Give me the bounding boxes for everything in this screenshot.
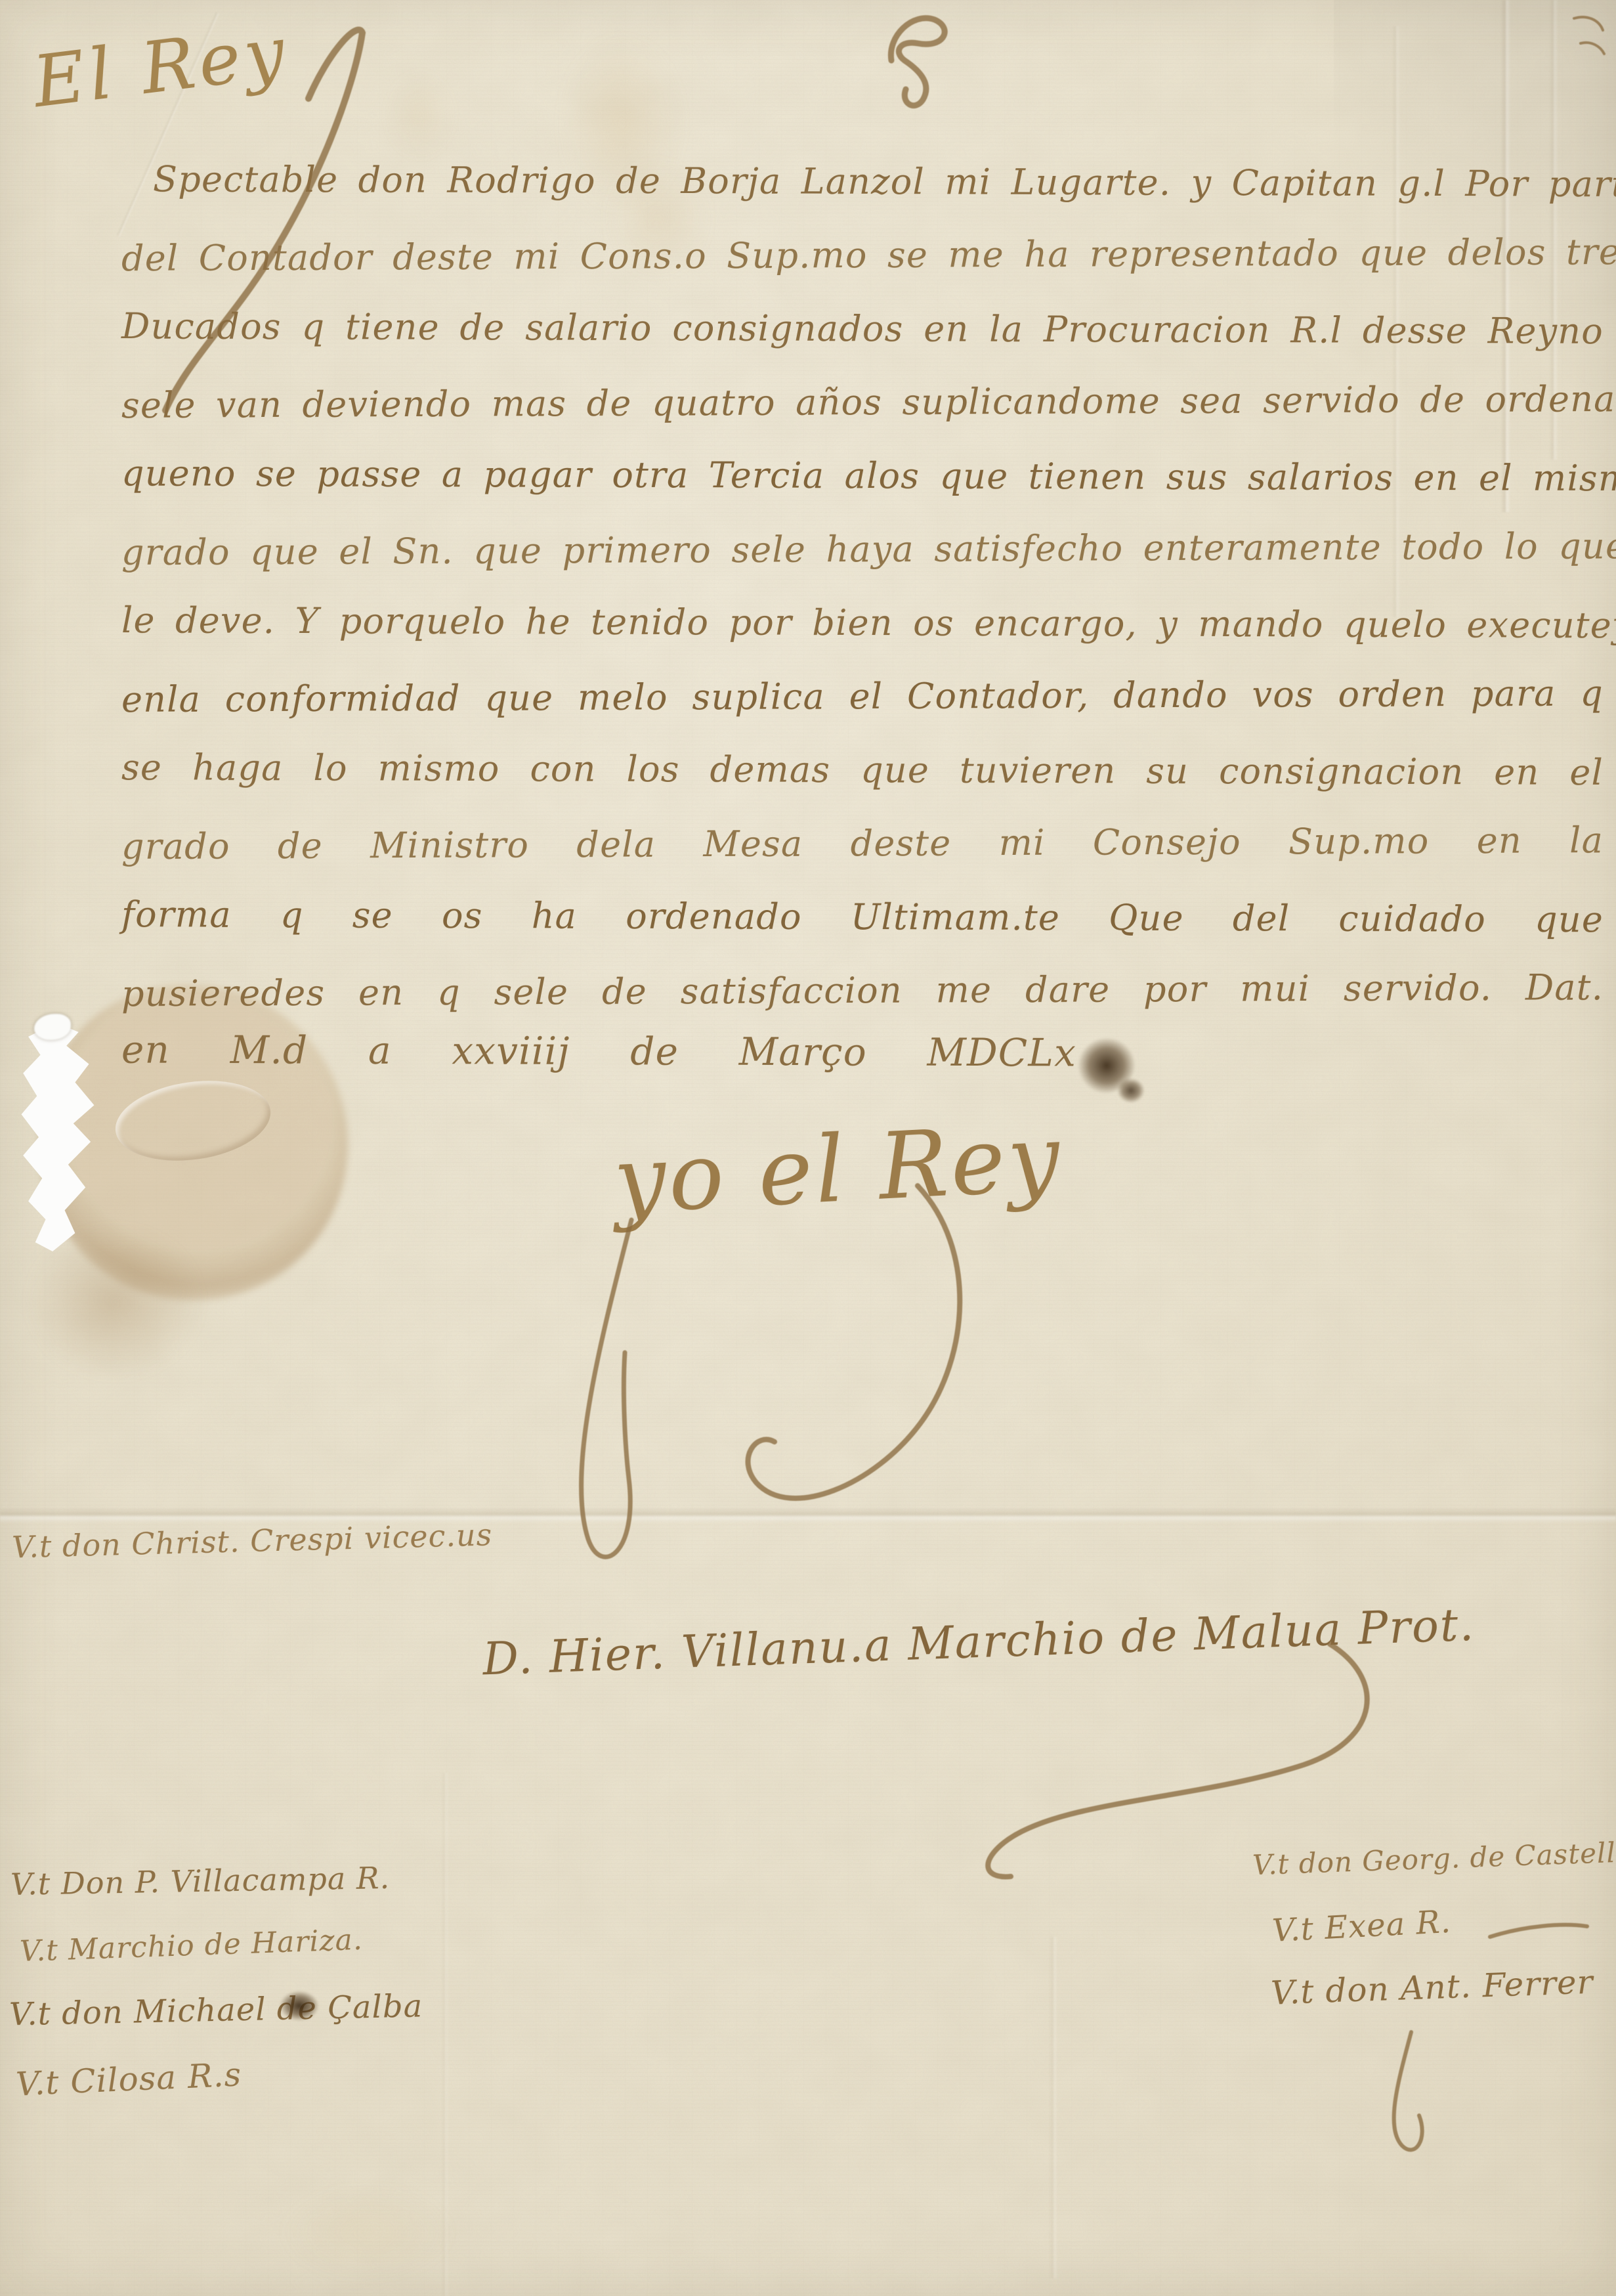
body-line: Ducados q tiene de salario consignados e… xyxy=(121,309,1604,349)
countersignature: V.t Cilosa R.s xyxy=(15,2056,242,2104)
vertical-crease xyxy=(441,1773,449,2296)
countersignature: V.t don Ant. Ferrer xyxy=(1270,1962,1594,2012)
torn-hole xyxy=(14,1023,101,1251)
horizontal-fold-crease xyxy=(0,1507,1616,1523)
ink-blot xyxy=(1117,1078,1145,1103)
faded-stain xyxy=(387,72,453,158)
exea-rubric-stroke xyxy=(1490,1925,1587,1937)
body-line: forma q se os ha ordenado Ultimam.te Que… xyxy=(121,897,1604,938)
ink-blot xyxy=(1078,1037,1136,1094)
countersignature: V.t Exea R. xyxy=(1271,1903,1452,1949)
ghost-mark xyxy=(1574,17,1604,54)
royal-signature-flourish xyxy=(748,1186,960,1498)
body-line: Spectable don Rodrigo de Borja Lanzol mi… xyxy=(121,162,1616,202)
countersignature: V.t Don P. Villacampa R. xyxy=(11,1860,391,1902)
body-line: enla conformidad que melo suplica el Con… xyxy=(121,676,1604,718)
embossed-paper-seal xyxy=(110,1072,276,1170)
body-line: grado de Ministro dela Mesa deste mi Con… xyxy=(121,823,1604,865)
royal-signature: yo el Rey xyxy=(611,1104,1065,1235)
body-line: pusieredes en q sele de satisfaccion me … xyxy=(121,970,1604,1012)
body-line: le deve. Y porquelo he tenido por bien o… xyxy=(121,603,1604,643)
body-line: grado que el Sn. que primero sele haya s… xyxy=(121,529,1604,571)
vertical-crease xyxy=(1049,1937,1058,2278)
body-line: se haga lo mismo con los demas que tuvie… xyxy=(121,750,1604,791)
countersignature: V.t don Georg. de Castellvi xyxy=(1252,1836,1616,1882)
corner-shading xyxy=(1334,0,1616,420)
body-line: queno se passe a pagar otra Tercia alos … xyxy=(121,456,1604,496)
vice-chancellor-annotation: V.t don Christ. Crespi vicec.us xyxy=(11,1517,492,1565)
invocation-cross-mark xyxy=(891,18,945,106)
heading-el-rey: El Rey xyxy=(29,11,293,124)
ferrer-descender xyxy=(1394,2032,1422,2150)
faded-stain xyxy=(282,2186,453,2278)
date-line: en M.d a xxviiij de Março MDCLx xyxy=(121,1030,1076,1072)
royal-signature-descender xyxy=(582,1220,631,1557)
countersignature: V.t don Michael de Çalba xyxy=(9,1987,423,2033)
protonotary-signature: D. Hier. Villanu.a Marchio de Malua Prot… xyxy=(482,1599,1476,1686)
protonotary-flourish xyxy=(988,1644,1367,1876)
countersignature: V.t Marchio de Hariza. xyxy=(19,1923,363,1968)
manuscript-page: El Rey Spectable don Rodrigo de Borja La… xyxy=(0,0,1616,2296)
body-line: del Contador deste mi Cons.o Sup.mo se m… xyxy=(121,234,1604,276)
body-line: sele van deviendo mas de quatro años sup… xyxy=(121,381,1604,423)
